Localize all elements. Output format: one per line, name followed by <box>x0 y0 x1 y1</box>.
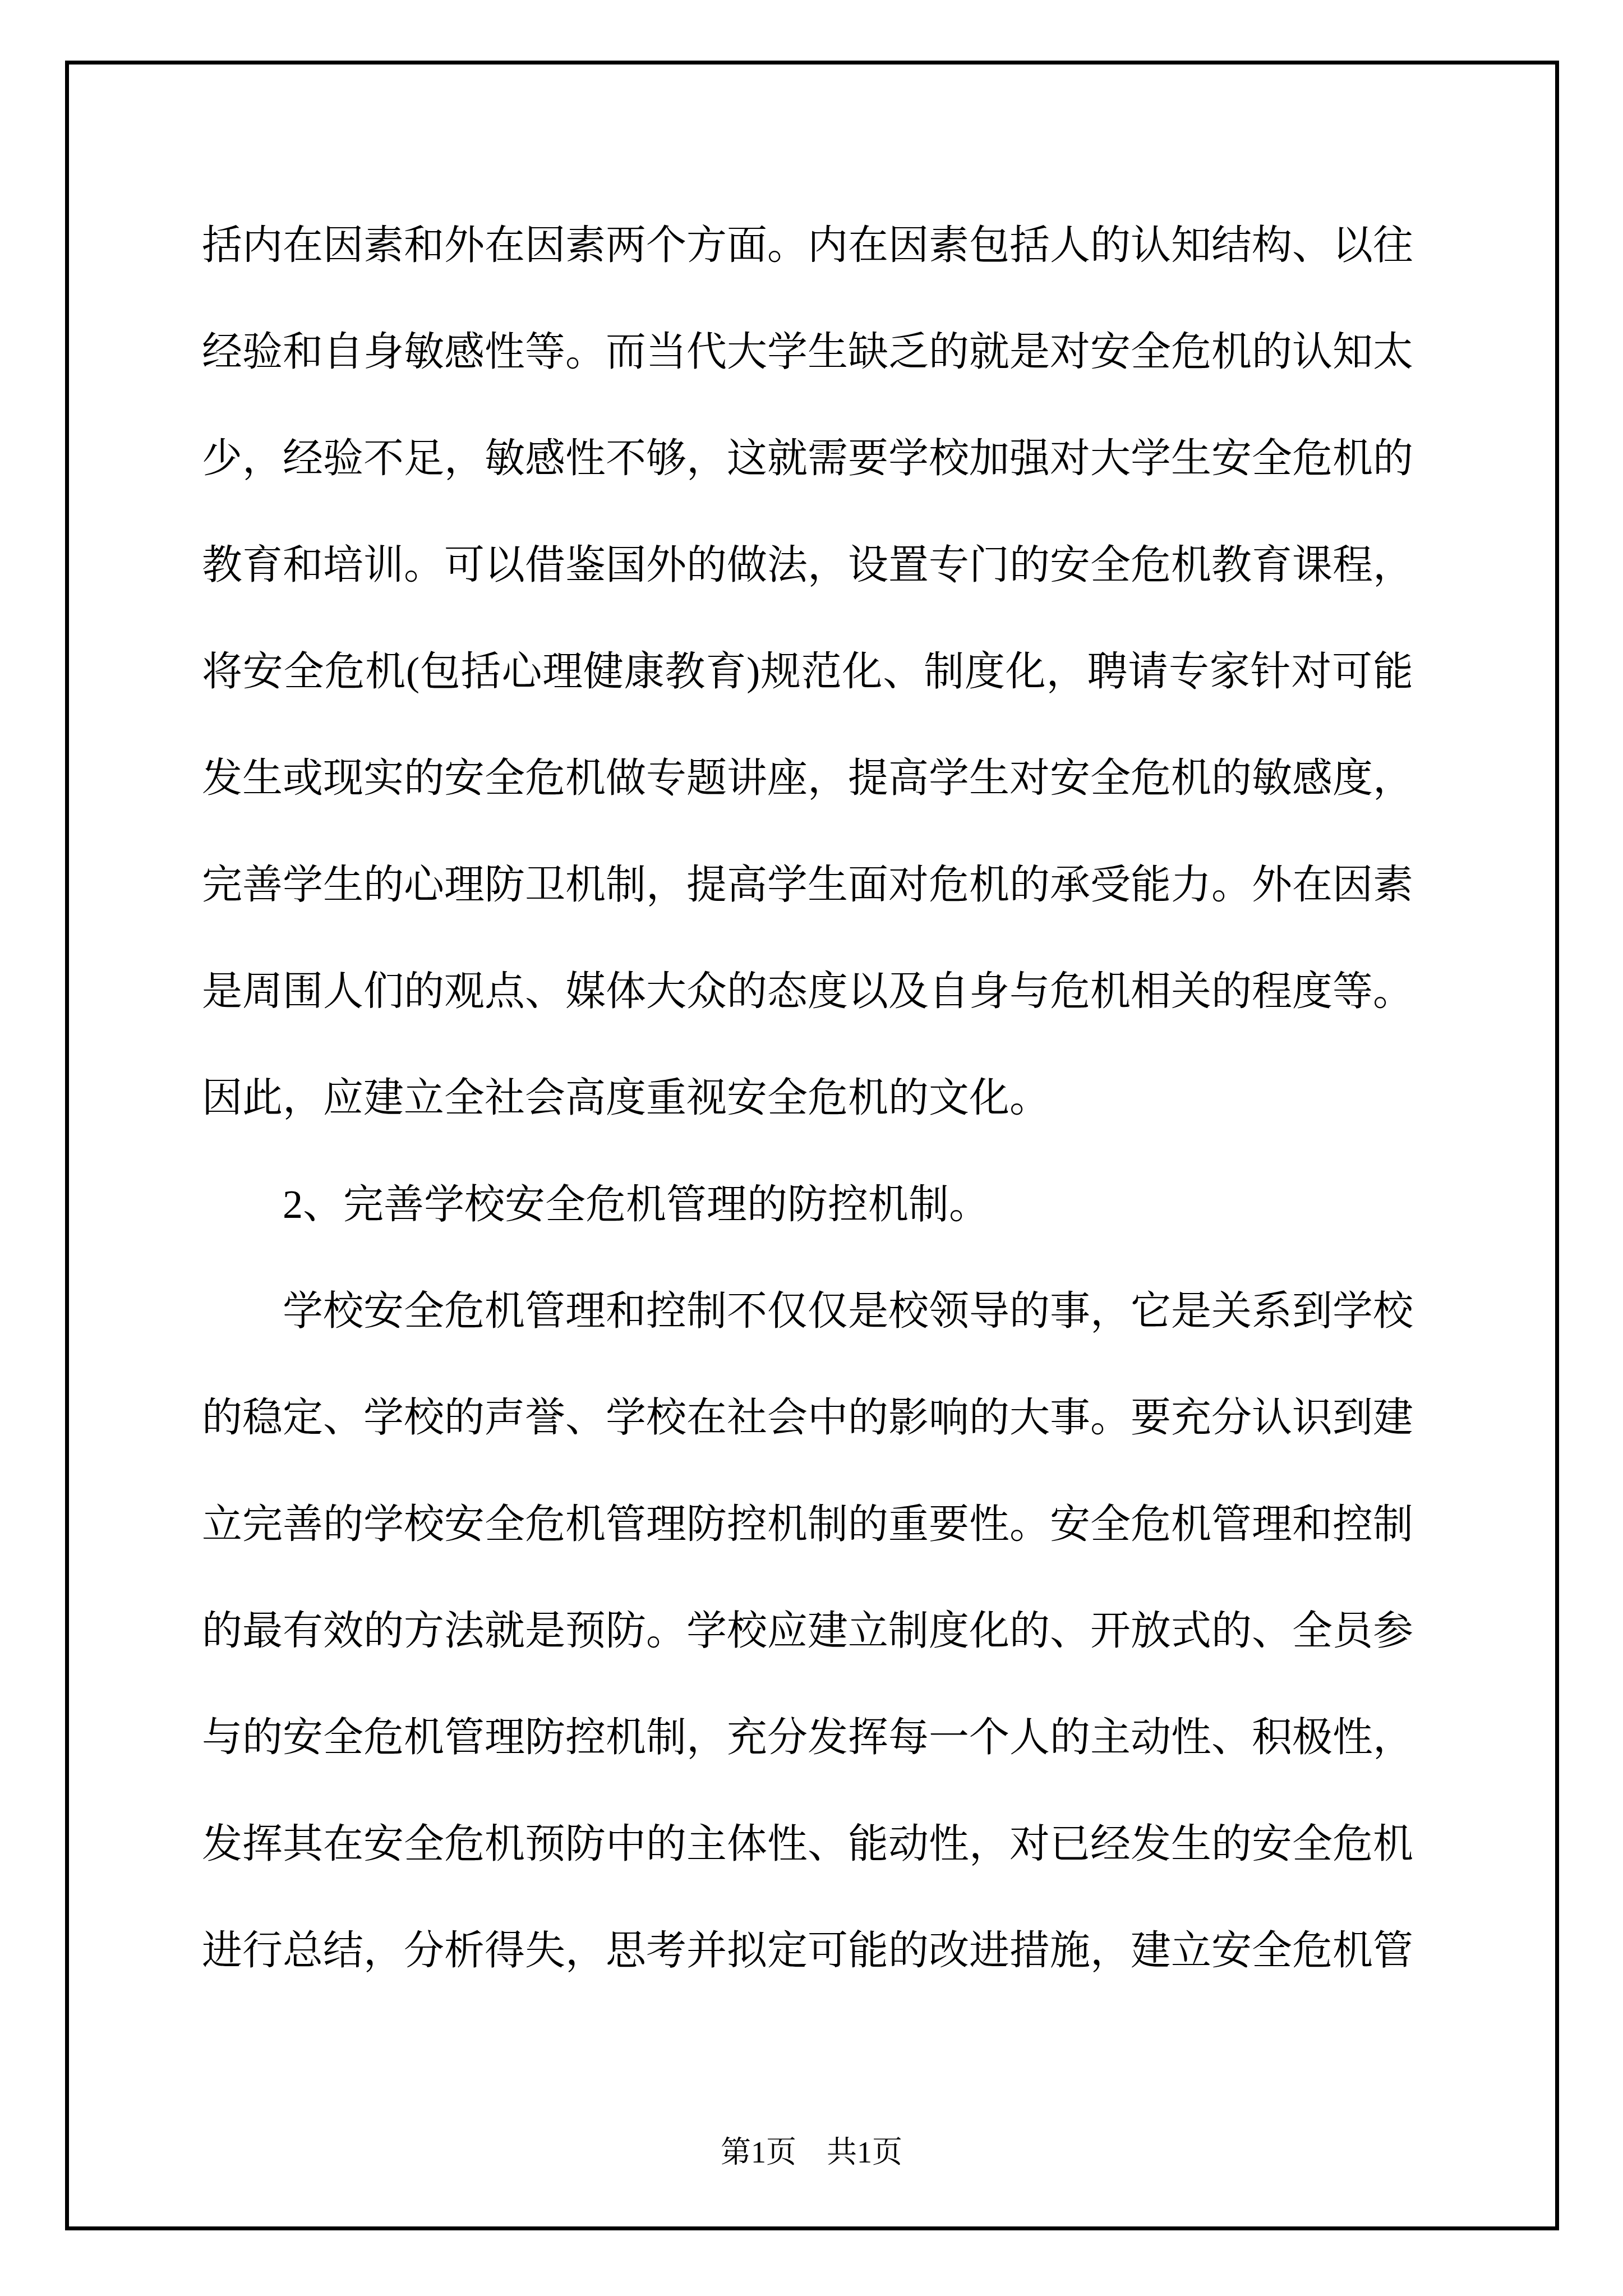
document-body: 括内在因素和外在因素两个方面。内在因素包括人的认知结构、以往 经验和自身敏感性等… <box>202 192 1413 2004</box>
text-line: 因此，应建立全社会高度重视安全危机的文化。 <box>202 1045 1413 1151</box>
text-line: 的稳定、学校的声誉、学校在社会中的影响的大事。要充分认识到建 <box>202 1364 1413 1471</box>
text-line: 与的安全危机管理防控机制，充分发挥每一个人的主动性、积极性， <box>202 1684 1413 1791</box>
text-line: 教育和培训。可以借鉴国外的做法，设置专门的安全危机教育课程， <box>202 512 1413 618</box>
text-line: 进行总结，分析得失，思考并拟定可能的改进措施，建立安全危机管 <box>202 1897 1413 2004</box>
text-line: 完善学生的心理防卫机制，提高学生面对危机的承受能力。外在因素 <box>202 831 1413 938</box>
text-line: 立完善的学校安全危机管理防控机制的重要性。安全危机管理和控制 <box>202 1471 1413 1577</box>
text-line: 的最有效的方法就是预防。学校应建立制度化的、开放式的、全员参 <box>202 1577 1413 1684</box>
page-footer: 第1页 共1页 <box>0 2133 1623 2172</box>
text-line: 是周围人们的观点、媒体大众的态度以及自身与危机相关的程度等。 <box>202 938 1413 1045</box>
text-line: 发挥其在安全危机预防中的主体性、能动性，对已经发生的安全危机 <box>202 1791 1413 1897</box>
text-line: 经验和自身敏感性等。而当代大学生缺乏的就是对安全危机的认知太 <box>202 298 1413 405</box>
text-line: 括内在因素和外在因素两个方面。内在因素包括人的认知结构、以往 <box>202 192 1413 298</box>
text-line: 发生或现实的安全危机做专题讲座，提高学生对安全危机的敏感度， <box>202 725 1413 831</box>
text-line: 少，经验不足，敏感性不够，这就需要学校加强对大学生安全危机的 <box>202 405 1413 512</box>
text-line: 将安全危机(包括心理健康教育)规范化、制度化，聘请专家针对可能 <box>202 618 1413 725</box>
text-line-paragraph-start: 2、完善学校安全危机管理的防控机制。 <box>202 1151 1413 1258</box>
text-line-paragraph-start: 学校安全危机管理和控制不仅仅是校领导的事，它是关系到学校 <box>202 1258 1413 1364</box>
